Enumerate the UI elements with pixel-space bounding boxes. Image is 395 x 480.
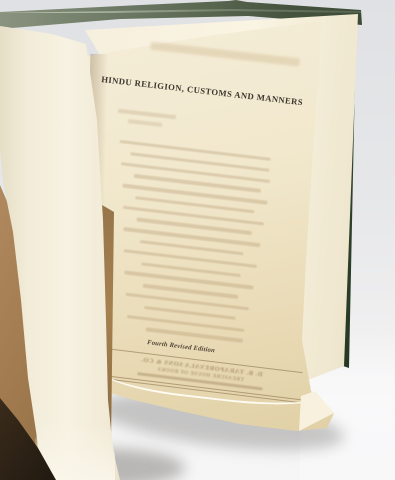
ghost-text-block <box>80 138 309 365</box>
ghost-text-line <box>121 162 270 183</box>
